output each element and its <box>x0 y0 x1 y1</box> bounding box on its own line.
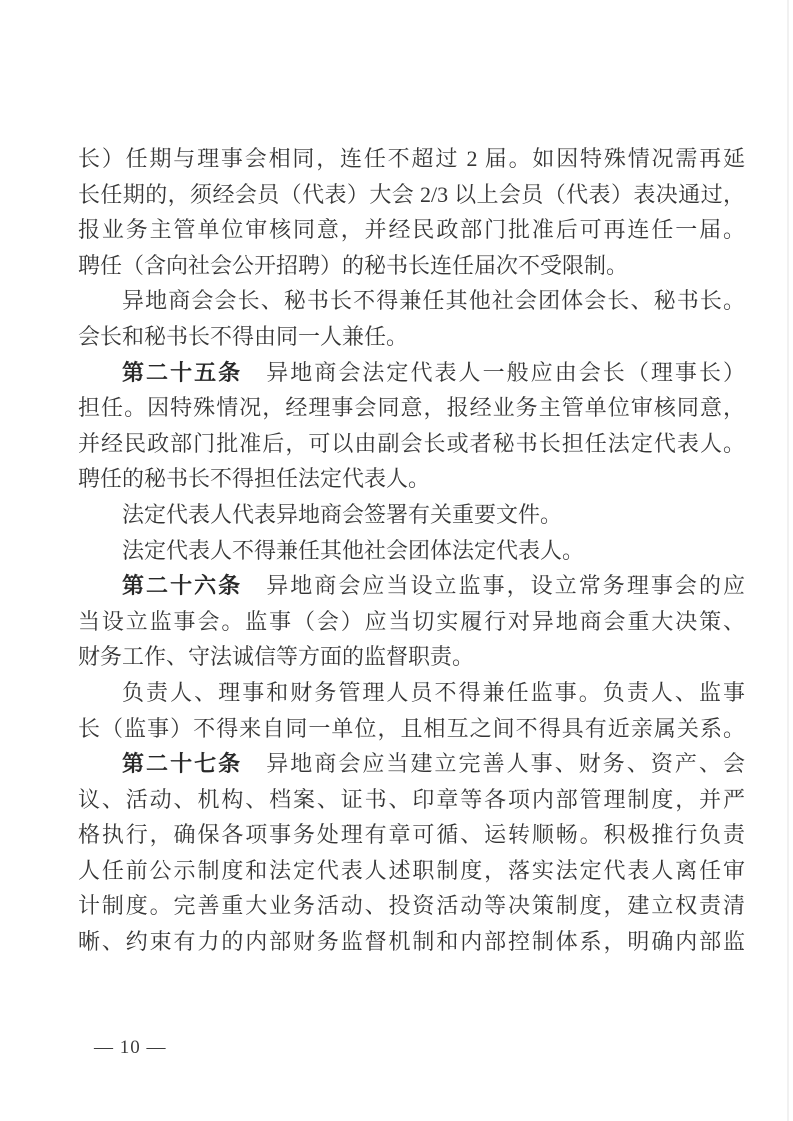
line-text: 聘任（含向社会公开招聘）的秘书长连任届次不受限制。 <box>78 253 628 278</box>
text-line: 计制度。完善重大业务活动、投资活动等决策制度，建立权责清 <box>78 888 745 924</box>
line-text: 负责人、理事和财务管理人员不得兼任监事。负责人、监事 <box>122 680 745 705</box>
document-body: 长）任期与理事会相同，连任不超过 2 届。如因特殊情况需再延长任期的，须经会员（… <box>78 141 745 960</box>
article-number: 第二十五条 <box>122 360 242 385</box>
text-line: 格执行，确保各项事务处理有章可循、运转顺畅。积极推行负责 <box>78 817 745 853</box>
line-text: 晰、约束有力的内部财务监督机制和内部控制体系，明确内部监 <box>78 929 745 954</box>
text-line: 长）任期与理事会相同，连任不超过 2 届。如因特殊情况需再延 <box>78 141 745 177</box>
text-line: 人任前公示制度和法定代表人述职制度，落实法定代表人离任审 <box>78 853 745 889</box>
line-text: 聘任的秘书长不得担任法定代表人。 <box>78 466 430 491</box>
line-text: 异地商会应当设立监事，设立常务理事会的应 <box>242 573 745 598</box>
line-text: 长）任期与理事会相同，连任不超过 2 届。如因特殊情况需再延 <box>78 146 745 171</box>
article-heading-line: 第二十五条 异地商会法定代表人一般应由会长（理事长） <box>78 355 745 391</box>
article-heading-line: 第二十六条 异地商会应当设立监事，设立常务理事会的应 <box>78 568 745 604</box>
text-line: 法定代表人代表异地商会签署有关重要文件。 <box>78 497 745 533</box>
scan-edge-artifact <box>787 0 789 1121</box>
text-line: 并经民政部门批准后，可以由副会长或者秘书长担任法定代表人。 <box>78 426 745 462</box>
line-text: 报业务主管单位审核同意，并经民政部门批准后可再连任一届。 <box>78 217 745 242</box>
line-text: 长（监事）不得来自同一单位，且相互之间不得具有近亲属关系。 <box>78 716 745 741</box>
line-text: 人任前公示制度和法定代表人述职制度，落实法定代表人离任审 <box>78 858 745 883</box>
line-text: 长任期的，须经会员（代表）大会 2/3 以上会员（代表）表决通过， <box>78 182 745 207</box>
page-number: — 10 — <box>94 1036 167 1060</box>
text-line: 晰、约束有力的内部财务监督机制和内部控制体系，明确内部监 <box>78 924 745 960</box>
line-text: 当设立监事会。监事（会）应当切实履行对异地商会重大决策、 <box>78 609 745 634</box>
line-text: 担任。因特殊情况，经理事会同意，报经业务主管单位审核同意， <box>78 395 745 420</box>
line-text: 会长和秘书长不得由同一人兼任。 <box>78 324 408 349</box>
line-text: 异地商会应当建立完善人事、财务、资产、会 <box>242 751 745 776</box>
line-text: 议、活动、机构、档案、证书、印章等各项内部管理制度，并严 <box>78 787 745 812</box>
text-line: 聘任（含向社会公开招聘）的秘书长连任届次不受限制。 <box>78 248 745 284</box>
line-text: 格执行，确保各项事务处理有章可循、运转顺畅。积极推行负责 <box>78 822 745 847</box>
text-line: 异地商会会长、秘书长不得兼任其他社会团体会长、秘书长。 <box>78 283 745 319</box>
line-text: 法定代表人代表异地商会签署有关重要文件。 <box>122 502 562 527</box>
text-line: 报业务主管单位审核同意，并经民政部门批准后可再连任一届。 <box>78 212 745 248</box>
text-line: 法定代表人不得兼任其他社会团体法定代表人。 <box>78 533 745 569</box>
article-number: 第二十六条 <box>122 573 242 598</box>
text-line: 当设立监事会。监事（会）应当切实履行对异地商会重大决策、 <box>78 604 745 640</box>
text-line: 议、活动、机构、档案、证书、印章等各项内部管理制度，并严 <box>78 782 745 818</box>
text-line: 会长和秘书长不得由同一人兼任。 <box>78 319 745 355</box>
text-line: 长（监事）不得来自同一单位，且相互之间不得具有近亲属关系。 <box>78 711 745 747</box>
text-line: 财务工作、守法诚信等方面的监督职责。 <box>78 639 745 675</box>
line-text: 计制度。完善重大业务活动、投资活动等决策制度，建立权责清 <box>78 893 745 918</box>
article-heading-line: 第二十七条 异地商会应当建立完善人事、财务、资产、会 <box>78 746 745 782</box>
article-number: 第二十七条 <box>122 751 242 776</box>
line-text: 法定代表人不得兼任其他社会团体法定代表人。 <box>122 538 584 563</box>
text-line: 聘任的秘书长不得担任法定代表人。 <box>78 461 745 497</box>
line-text: 财务工作、守法诚信等方面的监督职责。 <box>78 644 474 669</box>
text-line: 长任期的，须经会员（代表）大会 2/3 以上会员（代表）表决通过， <box>78 177 745 213</box>
scanned-document-page: 长）任期与理事会相同，连任不超过 2 届。如因特殊情况需再延长任期的，须经会员（… <box>0 0 793 1121</box>
line-text: 并经民政部门批准后，可以由副会长或者秘书长担任法定代表人。 <box>78 431 745 456</box>
text-line: 担任。因特殊情况，经理事会同意，报经业务主管单位审核同意， <box>78 390 745 426</box>
text-line: 负责人、理事和财务管理人员不得兼任监事。负责人、监事 <box>78 675 745 711</box>
line-text: 异地商会会长、秘书长不得兼任其他社会团体会长、秘书长。 <box>122 288 745 313</box>
line-text: 异地商会法定代表人一般应由会长（理事长） <box>242 360 745 385</box>
